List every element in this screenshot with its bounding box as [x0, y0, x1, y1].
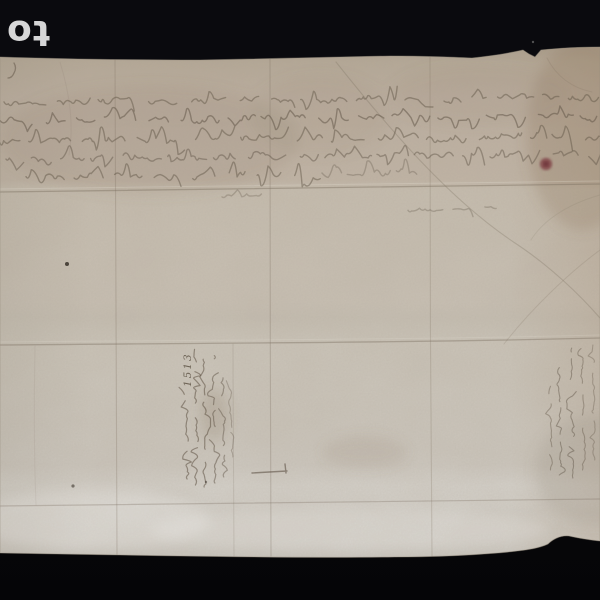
watermark-text: to: [0, 10, 50, 54]
wax-seal-dot: [540, 158, 552, 170]
wax-seal-core: [544, 162, 549, 167]
ink-speck: [65, 262, 69, 266]
parchment-photo: 1513: [0, 0, 600, 600]
ink-speck: [205, 481, 207, 483]
dust-speck: [532, 41, 534, 43]
highlight-patch: [150, 508, 550, 552]
stain-patch: [250, 75, 390, 155]
inscription-date: 1513: [182, 352, 194, 387]
stain-patch: [323, 436, 407, 468]
ink-speck: [71, 484, 74, 487]
photo-stage: 1513 to: [0, 0, 600, 600]
